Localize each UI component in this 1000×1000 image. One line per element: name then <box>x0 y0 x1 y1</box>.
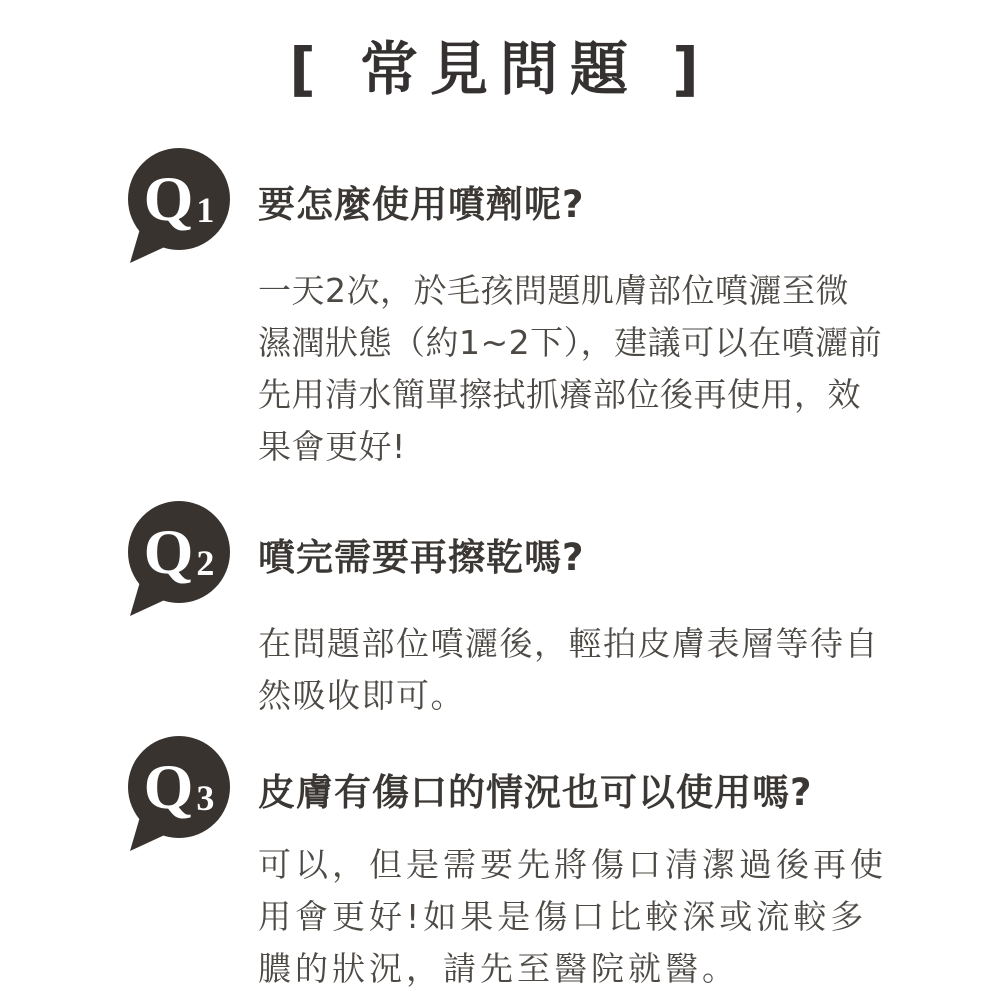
speech-bubble-q2-icon: Q 2 <box>128 501 230 603</box>
answer-text-q3: 可以，但是需要先將傷口清潔過後再使 用會更好!如果是傷口比較深或流較多 膿的狀況… <box>258 839 1000 995</box>
page-title: [ 常見問題 ] <box>0 0 1000 102</box>
q-letter: Q <box>144 167 194 231</box>
faq-section: Q 1 要怎麼使用噴劑呢? 一天2次，於毛孩問題肌膚部位噴灑至微 濕潤狀態（約1… <box>0 148 1000 995</box>
q-number: 1 <box>196 192 214 228</box>
question-text-q2: 噴完需要再擦乾嗎? <box>258 501 1000 578</box>
faq-page: [ 常見問題 ] Q 1 要怎麼使用噴劑呢? 一天2次，於毛孩問題肌膚部位噴灑至… <box>0 0 1000 1000</box>
question-text-q3: 皮膚有傷口的情況也可以使用嗎? <box>258 736 1000 813</box>
answer-text-q2: 在問題部位噴灑後，輕拍皮膚表層等待自 然吸收即可。 <box>258 618 1000 722</box>
bubble-tail-icon <box>130 819 166 851</box>
faq-item-q3: Q 3 皮膚有傷口的情況也可以使用嗎? 可以，但是需要先將傷口清潔過後再使 用會… <box>0 736 1000 995</box>
q-number: 3 <box>196 780 214 816</box>
q-number: 2 <box>196 545 214 581</box>
q-letter: Q <box>144 520 194 584</box>
faq-item-q2: Q 2 噴完需要再擦乾嗎? 在問題部位噴灑後，輕拍皮膚表層等待自 然吸收即可。 <box>0 501 1000 722</box>
faq-item-q1: Q 1 要怎麼使用噴劑呢? 一天2次，於毛孩問題肌膚部位噴灑至微 濕潤狀態（約1… <box>0 148 1000 473</box>
speech-bubble-q3-icon: Q 3 <box>128 736 230 838</box>
q-letter: Q <box>144 755 194 819</box>
speech-bubble-q1-icon: Q 1 <box>128 148 230 250</box>
bubble-tail-icon <box>130 231 166 263</box>
answer-text-q1: 一天2次，於毛孩問題肌膚部位噴灑至微 濕潤狀態（約1~2下），建議可以在噴灑前 … <box>258 265 1000 473</box>
bubble-tail-icon <box>130 584 166 616</box>
question-text-q1: 要怎麼使用噴劑呢? <box>258 148 1000 225</box>
